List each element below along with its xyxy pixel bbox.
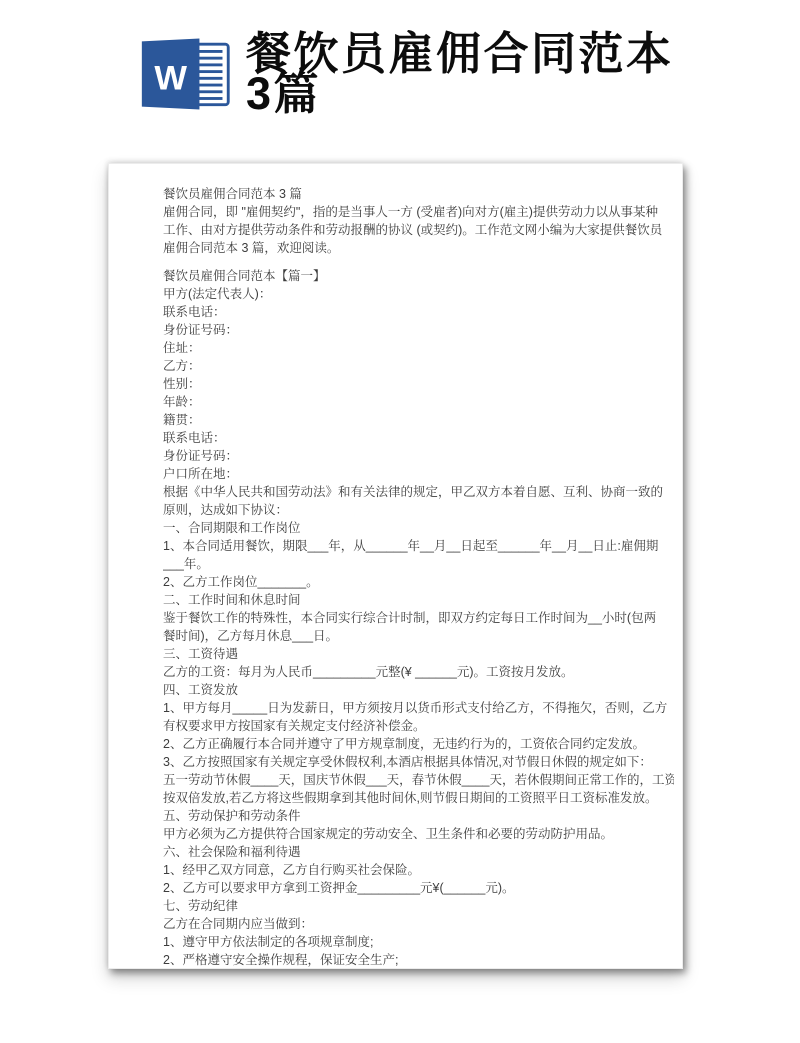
document-line: 餐饮员雇佣合同范本 3 篇 xyxy=(163,185,674,203)
document-line: 七、劳动纪律 xyxy=(163,897,674,915)
document-line: 2、严格遵守安全操作规程，保证安全生产; xyxy=(163,951,674,969)
document-line: 六、社会保险和福利待遇 xyxy=(163,843,674,861)
document-line: 年龄： xyxy=(163,393,674,411)
document-line: 乙方在合同期内应当做到： xyxy=(163,915,674,933)
document-line: 联系电话： xyxy=(163,429,674,447)
document-line: 鉴于餐饮工作的特殊性，本合同实行综合计时制，即双方约定每日工作时间为__小时(包… xyxy=(163,609,674,627)
document-line: 2、乙方工作岗位_______。 xyxy=(163,573,674,591)
document-line: 1、遵守甲方依法制定的各项规章制度; xyxy=(163,933,674,951)
document-line: 雇佣合同范本 3 篇，欢迎阅读。 xyxy=(163,239,674,257)
document-line: 乙方的工资：每月为人民币_________元整(¥ ______元)。工资按月发… xyxy=(163,663,674,681)
document-line: 性别： xyxy=(163,375,674,393)
document-line: 1、经甲乙双方同意，乙方自行购买社会保险。 xyxy=(163,861,674,879)
document-line: 餐饮员雇佣合同范本【篇一】 xyxy=(163,267,674,285)
document-line: 乙方： xyxy=(163,357,674,375)
document-line: 五、劳动保护和劳动条件 xyxy=(163,807,674,825)
page-background: W 餐饮员雇佣合同范本3篇 餐饮员雇佣合同范本 3 篇雇佣合同，即 "雇佣契约"… xyxy=(0,0,800,1043)
document-line: 四、工资发放 xyxy=(163,681,674,699)
document-line: 甲方(法定代表人)： xyxy=(163,285,674,303)
document-line: 甲方必须为乙方提供符合国家规定的劳动安全、卫生条件和必要的劳动防护用品。 xyxy=(163,825,674,843)
document-line: 按双倍发放,若乙方将这些假期拿到其他时间休,则节假日期间的工资照平日工资标准发放… xyxy=(163,789,674,807)
document-line: 1、甲方每月_____日为发薪日，甲方须按月以货币形式支付给乙方，不得拖欠，否则… xyxy=(163,699,674,717)
ms-word-icon: W xyxy=(138,34,234,114)
document-header: W 餐饮员雇佣合同范本3篇 xyxy=(138,34,688,114)
document-line: 有权要求甲方按国家有关规定支付经济补偿金。 xyxy=(163,717,674,735)
document-line: 三、工资待遇 xyxy=(163,645,674,663)
document-line: 餐时间)，乙方每月休息___日。 xyxy=(163,627,674,645)
document-line: 根据《中华人民共和国劳动法》和有关法律的规定，甲乙双方本着自愿、互利、协商一致的 xyxy=(163,483,674,501)
document-preview-page: 餐饮员雇佣合同范本 3 篇雇佣合同，即 "雇佣契约"，指的是当事人一方 (受雇者… xyxy=(108,163,683,969)
document-line: 一、合同期限和工作岗位 xyxy=(163,519,674,537)
document-line: 籍贯： xyxy=(163,411,674,429)
document-line: 户口所在地： xyxy=(163,465,674,483)
document-line: 五一劳动节休假____天，国庆节休假___天，春节休假____天，若休假期间正常… xyxy=(163,771,674,789)
document-line: 联系电话： xyxy=(163,303,674,321)
document-body: 餐饮员雇佣合同范本 3 篇雇佣合同，即 "雇佣契约"，指的是当事人一方 (受雇者… xyxy=(163,185,674,969)
document-line: 住址： xyxy=(163,339,674,357)
document-line: ___年。 xyxy=(163,555,674,573)
document-line: 1、本合同适用餐饮，期限___年，从______年__月__日起至______年… xyxy=(163,537,674,555)
page-title: 餐饮员雇佣合同范本3篇 xyxy=(246,34,688,114)
document-line: 身份证号码： xyxy=(163,447,674,465)
document-blank-line xyxy=(163,257,674,267)
document-line: 雇佣合同，即 "雇佣契约"，指的是当事人一方 (受雇者)向对方(雇主)提供劳动力… xyxy=(163,203,674,221)
document-line: 2、乙方可以要求甲方拿到工资押金_________元¥(______元)。 xyxy=(163,879,674,897)
document-line: 二、工作时间和休息时间 xyxy=(163,591,674,609)
document-line: 2、乙方正确履行本合同并遵守了甲方规章制度，无违约行为的，工资依合同约定发放。 xyxy=(163,735,674,753)
word-icon-letter: W xyxy=(154,59,187,97)
document-line: 原则，达成如下协议： xyxy=(163,501,674,519)
document-line: 身份证号码： xyxy=(163,321,674,339)
document-line: 3、乙方按照国家有关规定享受休假权利,本酒店根据具体情况,对节假日休假的规定如下… xyxy=(163,753,674,771)
document-line: 工作、由对方提供劳动条件和劳动报酬的协议 (或契约)。工作范文网小编为大家提供餐… xyxy=(163,221,674,239)
